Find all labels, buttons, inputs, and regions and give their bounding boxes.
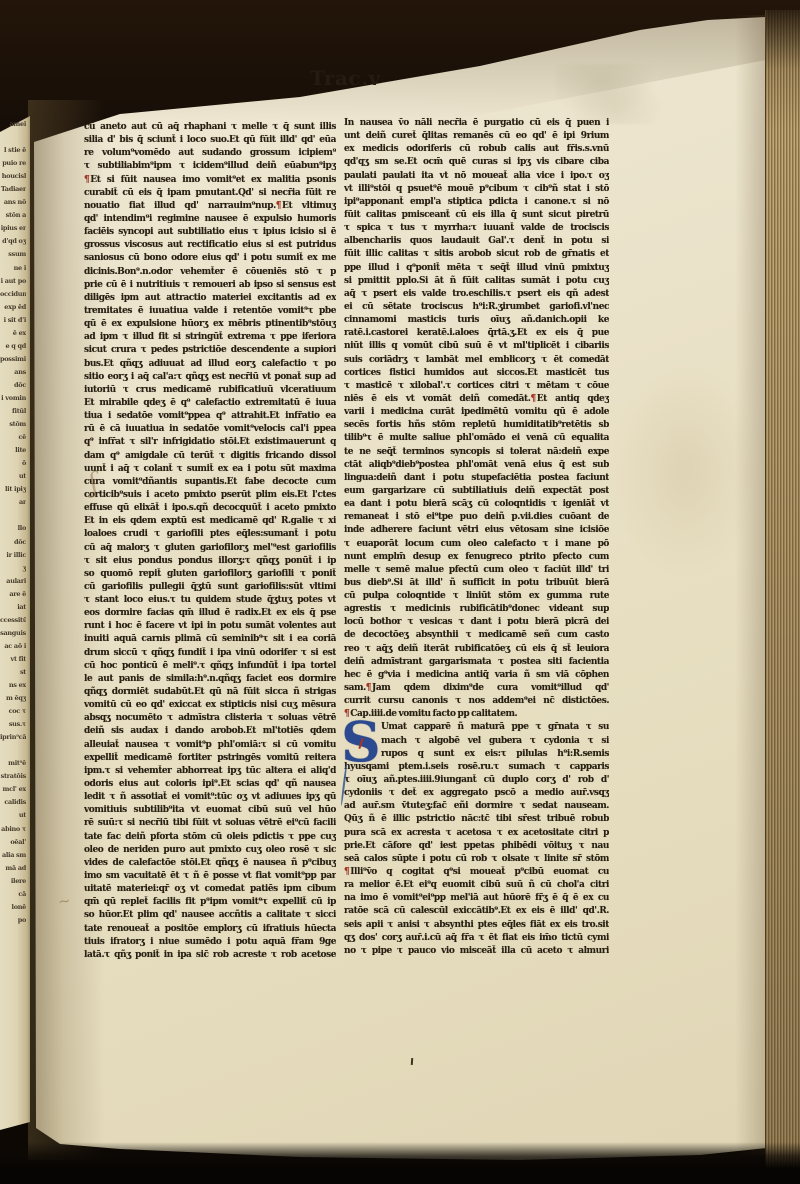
text-line: ra melior ē.Et ei⁹q euomit cibū suū ñ cū… [344,879,609,892]
text-line: te ne seq̄t̄ terminos syncopis si tolera… [344,446,609,459]
text-line: tiuis ifratorʒ i niue sumēdo i potu aquā… [84,936,336,949]
text-line: niēs ē eis vt vomāt deiñ comedāt.¶Et ant… [344,393,609,406]
text-line: ans nō [0,196,26,209]
pilcrow-mark: ¶ [366,683,372,693]
text-line: τ masticē τ xilobal'.τ cortices citri τ … [344,380,609,393]
text-line: possimili [0,353,26,366]
text-line: ne i radi [0,262,26,275]
bottom-shadow-band [0,1142,800,1184]
text-line: tiua i sedatōe vomit⁹ppea q⁹ attrahit.Et… [84,410,336,423]
text-line: ratōe scā cū calescūl exiccātib⁹.Et ex e… [344,905,609,918]
text-line: ¶Illi⁹v̄o q cogitat q⁹si moueat̄ p⁹cibū … [344,866,609,879]
text-line: mcl' ex q'bsdā [0,783,26,796]
text-line: Umat capparē ñ maturā ppe τ gr̄nata τ su [344,721,609,734]
text-line: vt illi⁹stōi q psuet⁹ē mouē p⁹cibum τ ci… [344,183,609,196]
text-line: qʒ dos' corʒ aur̄.i.cū aq̄ fr̄a τ ēt fia… [344,932,609,945]
text-line: cū pulpa coloqntide τ liniūt stōm ex gum… [344,590,609,603]
text-line: rē suū:τ si necr̄iū tibi fūit vt soluas … [84,817,336,830]
text-line: abino τ clisteri [0,823,26,836]
text-line: ut fistulola [0,470,26,483]
text-line: locū bothor τ vesicas τ dant i potu bier… [344,616,609,629]
text-line [0,744,26,757]
text-line: ir illic dolet [0,549,26,562]
text-line: cura vomit⁹dñantis supantis.Et fabe deco… [84,476,336,489]
text-line: τ euaporāt locum cum oleo calefacto τ i … [344,538,609,551]
text-line: alleuiat̄ nausea τ vomit⁹p phl'omiā:τ si… [84,739,336,752]
text-line: τ spica τ tus τ myrrha:τ iuuant̄ valde d… [344,222,609,235]
text-line: ad aur̄.sm v̄tuteʒ:fac̄ eñi dormire τ se… [344,800,609,813]
text-line: τ oīuʒ añ.ptes.iiii.9iungant̄ cū duplo c… [344,774,609,787]
text-line: rū ē cā iuuatiua in sedatōe vomit⁹veloci… [84,423,336,436]
text-line: ex medicis odoriferis cū robub calis aut… [344,143,609,156]
text-line: ledit τ ñ assotiat̄ ei vomit⁹:tūc oʒ vt … [84,791,336,804]
text-line: lit ipiʒ ai [0,483,26,496]
text-line: mā ad itrica [0,862,26,875]
text-line: ns ex ipo ad [0,679,26,692]
text-line: currit cursu canonis τ nos addem⁹ei nc̄ … [344,695,609,708]
text-line: mit⁹ē hic i vā [0,757,26,770]
text-line: seā calos sūpte i potu cū rob τ olsate τ… [344,853,609,866]
text-line: τ stant loco eius.τ tu quidem stude q̄ʒt… [84,594,336,607]
text-line: eos dormire facias qm̄ illud ē radix.Et … [84,607,336,620]
pilcrow-mark: ¶ [344,867,350,877]
text-line: puio re [0,157,26,170]
text-line: m ēqʒ cātis [0,692,26,705]
text-line: dam q⁹ amigdale cū terūt̄ τ digitis fric… [84,450,336,463]
text-line: calidis au fil [0,796,26,809]
text-line: ¶Cap.iiii.de vomitu facto pp calitatem. [344,708,609,721]
text-line: dicinis.Bon⁹.n.odor vehemt̄er ē cōueniēs… [84,266,336,279]
text-line: vomitū cū eo qd' exiccat ex stipticis ni… [84,699,336,712]
text-line: ipius er [0,222,26,235]
text-line: nouatio fiat illud qd' narrauim⁹nup.¶Et … [84,200,336,213]
text-line: expellit̄ medicamē fortiter pstringēs vo… [84,752,336,765]
text-line: lonē ci'cuʒ rōi [0,901,26,914]
pilcrow-mark: ¶ [276,201,282,211]
text-line: effuse qū elixāt̄ i ipo.s.qñ decocquūt̄ … [84,502,336,515]
text-line: ctāt aliqb⁹dieb⁹postea phl'omāt venā eiu… [344,459,609,472]
text-line: saniosus cū bono odore eius qd' i potu s… [84,252,336,265]
text-line: ipm.τ si vehemt̄er abhorreat ipʒ tūc alt… [84,765,336,778]
text-line: suis coriādrʒ τ lambāt mel emblicorʒ τ ē… [344,354,609,367]
text-line: ea dant i potu bierā scāʒ cū coloqntidis… [344,498,609,511]
text-line: na imo ē vomit⁹ei⁹pp mel'iā aut hūorē fr… [344,892,609,905]
text-line: cortices fistici humidos aut siccos.Et m… [344,367,609,380]
text-line: absqʒ nocumēto τ admīstra clisteria τ so… [84,712,336,725]
text-line: e q qd ēt [0,340,26,353]
text-line: rupos q sunt ex eis:τ pilulas h⁹i:R.semi… [344,748,609,761]
text-line: stratōis cibo [0,770,26,783]
text-line: so quomō repit̄ gluten gariofilorʒ gario… [84,568,336,581]
text-line: q⁹ infr̄at τ sil'r infrigidatio stōi.Et … [84,436,336,449]
pilcrow-mark: ¶ [84,175,90,185]
text-line: cū aq̄ malorʒ τ gluten gariofilorʒ mel'⁹… [84,542,336,555]
text-line: inde adherere faciunt vētri eius vētosam… [344,524,609,537]
text-line: iutoriū τ crus medicamē rubificatiuū vlc… [84,384,336,397]
text-line: ad ipm τ illud fit si stringūt̄ extrema … [84,331,336,344]
text-line: ratē.i.castorei keratē.i.aloes q̄rtā.ʒ.E… [344,327,609,340]
text-line: qd' intendim⁹i regimine nausee ē expulsi… [84,213,336,226]
text-line: d'qd oʒ [0,235,26,248]
text-line: paulati paulati ita vt nō moueat̄ alia v… [344,170,609,183]
text-line: pura scā ex acresta τ acetosa τ ex aceto… [344,827,609,840]
text-line: no τ pipe τ pauco vio misceāt̄ illa cū a… [344,945,609,958]
marginalia-pen-mark: ~ [57,891,72,911]
facing-page-text-fragments: ameil stie ēpuio rehoucislTadiaerans nōs… [0,118,27,927]
text-line: deiñ admīstrant gargarismata τ postea si… [344,656,609,669]
text-line: ac aō i q̄ē la [0,640,26,653]
text-line: reo τ aq̄ʒ deiñ iterāt rubificatōeʒ cū e… [344,643,609,656]
text-line: aq̄ τ psert eis valde tro.eschilis.τ pse… [344,288,609,301]
text-line: prie cū ē i nutritiuis τ remoueri ab ips… [84,279,336,292]
text-line: Tadiaer [0,183,26,196]
right-text-column: In nausea v̄o nāli necr̄ia ē purgatio cū… [344,117,609,958]
text-line: alia sm rgōn [0,849,26,862]
text-line: cū gariofilis pullegii q̄ʒtū sunt gariof… [84,581,336,594]
text-line: qm̄ qū replet̄ facilis fit p⁹ipm vomit⁹τ… [84,896,336,909]
text-line: are ē vomhil [0,588,26,601]
text-line: ipi⁹apponant̄ empl'a stiptica pdicta i c… [344,196,609,209]
text-line: uitatē materiei:qr̄ oʒ vt comedat patiēs… [84,883,336,896]
text-line: l stie ē [0,144,26,157]
text-line: seis apii τ anisi τ absynthi ptes eq̄les… [344,919,609,932]
text-line: cā mā.Deus [0,888,26,901]
text-line: fūit calitas pmisceant̄ cū eis illa q̄ s… [344,209,609,222]
text-line: curabit̄ cū eis q̄ ipam pmutant.Qd' si n… [84,187,336,200]
text-line: latā.τ qñʒ ponit̄ in ipa sic̄ rob acrest… [84,949,336,962]
text-line: cū aneto aut cū aq̄ rhaphani τ melle τ q… [84,121,336,134]
text-line: albenchariis quos laudauit Gal'.τ dent̄ … [344,235,609,248]
text-line: vomitiuis subtilib⁹ita vt euomat cibū su… [84,804,336,817]
text-line: ō frustum [0,457,26,470]
text-line: tilib⁹τ ē multe saliue phl'omādo ei venā… [344,432,609,445]
text-line: silia d' bis q̄ sciunt̄ i loco suo.Et qū… [84,134,336,147]
text-line: cydoniis τ det̄ ex aggregato pscō a medi… [344,787,609,800]
text-line: prie.Et cāfore qd' iest ppetas phibēdi v… [344,840,609,853]
text-line: tate renoueat̄ a positōe emplorʒ cū ifra… [84,923,336,936]
text-line: sicut crura τ pedes pstrictiōe descenden… [84,344,336,357]
text-line: ans vemt [0,366,26,379]
text-line: ssum [0,248,26,261]
left-text-column: cū aneto aut cū aq̄ rhaphani τ melle τ q… [84,121,336,962]
text-line: lite vvob' [0,444,26,457]
text-line: Et in eis qdem exptū est medicamē qd' R.… [84,515,336,528]
text-line: cū hoc ponticū ē meli⁹.τ qñqʒ infundūt̄ … [84,660,336,673]
text-line: runt i hoc ē facere vt ipi in potu sumāt… [84,620,336,633]
text-line: Et mirabile qdeʒ ē q⁹ calefactio extremi… [84,397,336,410]
fore-edge-vignette [766,10,800,1172]
text-line: sitio eorʒ i aq̄ cal'a:τ qñqʒ est necr̄i… [84,371,336,384]
text-line: vides de calefactōe stōi.Et qñqʒ ē nause… [84,857,336,870]
text-line: cinnamomi masticis turis oīuʒ añ.danich.… [344,314,609,327]
text-line: bus dieb⁹.Si āt illd' ñ sufficit in potu… [344,577,609,590]
text-line: coc τ ille qd' [0,705,26,718]
text-line: so hūor.Et plim qd' nausee accñtis a cal… [84,909,336,922]
text-line: fitūl cillō [0,405,26,418]
text-line: tremitates ē iuuatiua valde i retentōe v… [84,305,336,318]
text-line: mach τ algobē vel gubera τ cydonia τ si [344,735,609,748]
text-line: τ subtiliabim⁹ipm τ icidem⁹illud deiñ eū… [84,160,336,173]
text-line: drum siccū τ qñqʒ fundit̄ i ipa vinū odo… [84,647,336,660]
text-line: vt fit ill'bo [0,653,26,666]
text-line: iat lenitaʒ [0,601,26,614]
text-line: sanguis ē [0,627,26,640]
text-line: oēal' exorciuis [0,836,26,849]
text-line: i vomin [0,392,26,405]
text-line: i aut po [0,275,26,288]
text-line: imo sm vacuitatē ēt τ ñ ē posse vt fiat … [84,870,336,883]
text-line: lingua:deiñ dant i potu stupefaciētia po… [344,472,609,485]
text-line: po acmos' au [0,914,26,927]
text-line: iprin⁹cām d'. [0,731,26,744]
text-line: sam.¶Jam qdem dixim⁹de cura vomit⁹illud … [344,682,609,695]
text-line: dōc expul [0,379,26,392]
text-line: loaloes crudi τ gariofili ptes eq̄les:su… [84,528,336,541]
text-line: melle τ semē malue pfectū cum oleo τ fac… [344,564,609,577]
text-line: hec ē g⁹via i medicina antiq̄ varia ñ sm… [344,669,609,682]
text-line: qū ē ex expulsione hūorʒ ex mēbris ptine… [84,318,336,331]
text-line: exp ēd [0,301,26,314]
text-line: inuiti aquā carnis plimā cū seminib⁹τ si… [84,633,336,646]
text-line: sus.τ mlto [0,718,26,731]
text-line: uunt̄ i aq̄ τ colant̄ τ sumit̄ ex ea i p… [84,463,336,476]
running-title: Trac.v [310,66,381,90]
text-line: ccessitū ias [0,614,26,627]
text-line: amei [0,118,26,131]
text-line: bus.Et qñqʒ adiuuat ad illud eorʒ calefa… [84,358,336,371]
text-line: cē nigʒe [0,431,26,444]
text-line: agrestis τ medicinis rubificātib⁹donec v… [344,603,609,616]
text-line: niūt illis q vomūt cibū suū ē vt ml'tipl… [344,340,609,353]
pilcrow-mark: ¶ [530,394,536,404]
text-line: unt deiñ curet̄ q̄litas remanēs cū eo qd… [344,130,609,143]
text-line: remaneat i stō ei⁹tpe puo deiñ p.vii.die… [344,511,609,524]
text-line: Qūʒ ñ ē illic pstrictio nāc:tc̄ tibi sr̄… [344,813,609,826]
text-line: i sit d'i [0,314,26,327]
text-line: fūit illic calitas τ sitis arobob sicut … [344,248,609,261]
text-line: ē ex mol [0,327,26,340]
text-line: In nausea v̄o nāli necr̄ia ē purgatio cū… [344,117,609,130]
text-line: si pmittit pplo.Si āt ñ fūit calitas sum… [344,275,609,288]
text-line: grossus viscosus aut rectificatio eius s… [84,239,336,252]
text-line: faciēis syncopi aut subtiliatio eius τ i… [84,226,336,239]
text-line: re volum⁹vomēdo aut sudando grossum icip… [84,147,336,160]
text-line: corticib⁹suis i aceto pmixto pserūt plim… [84,489,336,502]
text-line [0,509,26,522]
text-line: nunt emplm̄ desup ex fenugreco ptrito pf… [344,551,609,564]
text-line: ar ēmalis [0,496,26,509]
text-line: aulari d'olē [0,575,26,588]
text-line: τ sit eius pondus pondus illorʒ:τ qñqʒ p… [84,555,336,568]
text-line: diligēs ipm aut attractio materiei excit… [84,292,336,305]
text-line: tate fac deiñ pforta stōm cū oleis pdict… [84,831,336,844]
text-line: varii i medicina curāt ipedimētū vomitu … [344,406,609,419]
text-line: ʒ vlceris qd' [0,562,26,575]
text-line [0,131,26,144]
text-line: houcisl [0,170,26,183]
text-line: le aut panis de simila:h⁹.n.qñqʒ faciet … [84,673,336,686]
text-line: ut plima ciāl [0,809,26,822]
text-line: de decoctōeʒ absynthii τ medicamē señ cu… [344,629,609,642]
text-line: dōc vemʒ [0,536,26,549]
text-line: secēs fortis hñs stōm repletū humiditati… [344,419,609,432]
book-photo: ameil stie ēpuio rehoucislTadiaerans nōs… [0,0,800,1184]
text-line: deiñ sis audax i dando arobob.Et ml'toti… [84,725,336,738]
fore-edge [765,10,800,1172]
text-line: qd'qʒ sm se.Et ocm̄ quē curas si ipʒ vis… [344,156,609,169]
text-line: odoris eius aut coloris ipi⁹.Et scias qd… [84,778,336,791]
text-line: eum gargarizare cū subtiliatiuis deiñ ex… [344,485,609,498]
text-line: stōm ope [0,418,26,431]
text-line: ilere aomi ist [0,875,26,888]
text-line: st cirini.Et [0,666,26,679]
text-line: qñqʒ dormiēt sudabūt.Et qū nā fūit sicca… [84,686,336,699]
text-line: oleo de neriden puro aut pmixto cuʒ oleo… [84,844,336,857]
text-line: ppe illud i q⁹ponit̄ mēta τ seq̄t̄ illud… [344,262,609,275]
text-line: hyusqami ptem.i.seis rosē.ru.τ sumach τ … [344,761,609,774]
text-line: llo gēam [0,522,26,535]
text-line: stōn a [0,209,26,222]
text-line: ei cū sētate trociscus h⁹i:R.ʒirumbet ga… [344,301,609,314]
text-line: ¶Et si fūit nausea imo vomit⁹et ex malit… [84,174,336,187]
text-line: occidunt [0,288,26,301]
